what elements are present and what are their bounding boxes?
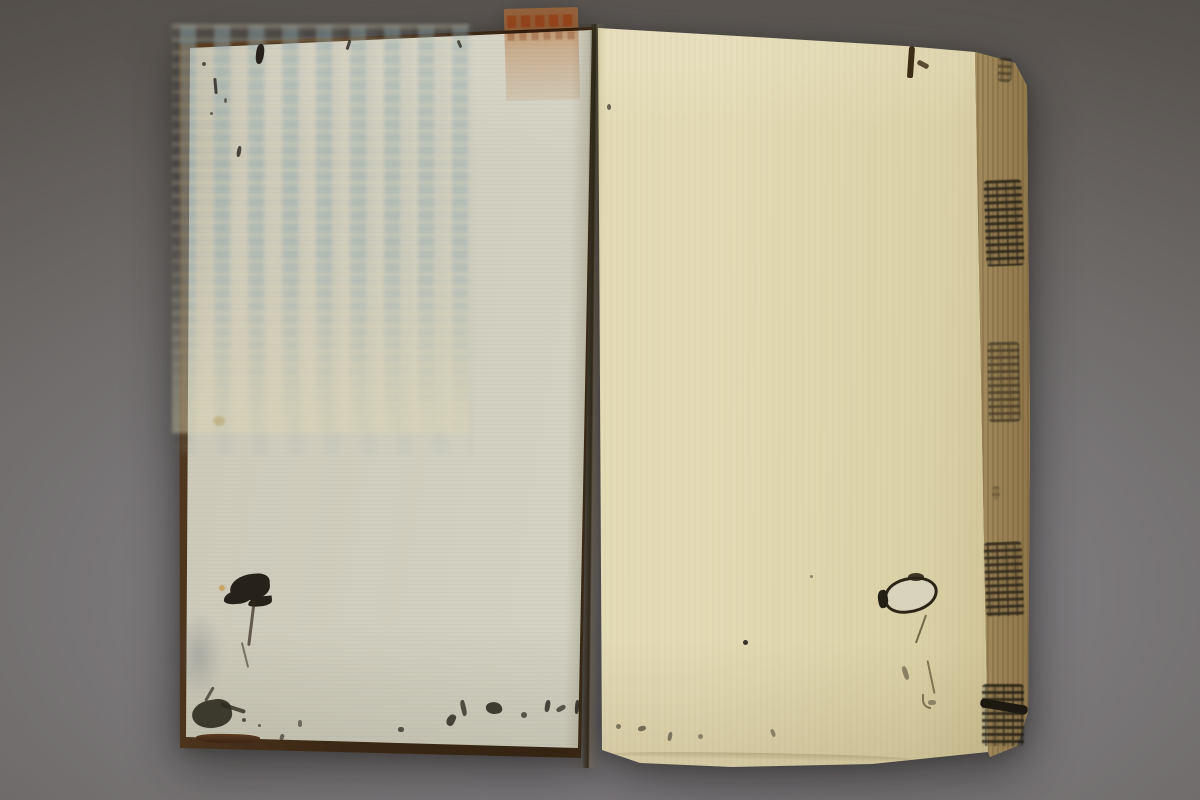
tape-printed-marks-row-faint xyxy=(507,31,575,41)
book xyxy=(172,24,1038,776)
edge-ink-top xyxy=(997,58,1012,83)
worm-damage-lobe xyxy=(908,573,924,581)
worm-track xyxy=(616,724,621,729)
stain-left-page xyxy=(213,416,225,426)
edge-ink-block-1 xyxy=(984,179,1025,266)
speck xyxy=(210,112,213,115)
gutter-fold xyxy=(564,24,616,768)
edge-ink-block-2 xyxy=(987,342,1020,423)
photo-background xyxy=(0,0,1200,800)
speck-right-page xyxy=(743,640,748,645)
edge-ink-faint xyxy=(992,486,1000,500)
edge-ink-block-3 xyxy=(984,541,1025,616)
edge-ink-block-4 xyxy=(982,684,1024,746)
speck-right-page xyxy=(810,575,813,578)
yellow-speck xyxy=(219,585,225,591)
speck xyxy=(242,718,246,722)
speck xyxy=(224,98,227,103)
speck xyxy=(202,62,206,66)
worm-track xyxy=(298,720,302,727)
worm-track xyxy=(398,727,404,732)
small-stroke-right-bottom xyxy=(928,700,936,705)
tape-remnant xyxy=(504,7,580,101)
tape-printed-marks-row xyxy=(507,14,575,28)
worm-track xyxy=(698,734,703,739)
grey-smudge-left-bottom xyxy=(176,612,222,698)
speck-right-page xyxy=(607,104,611,110)
speck xyxy=(258,724,261,727)
worm-track xyxy=(521,712,527,718)
